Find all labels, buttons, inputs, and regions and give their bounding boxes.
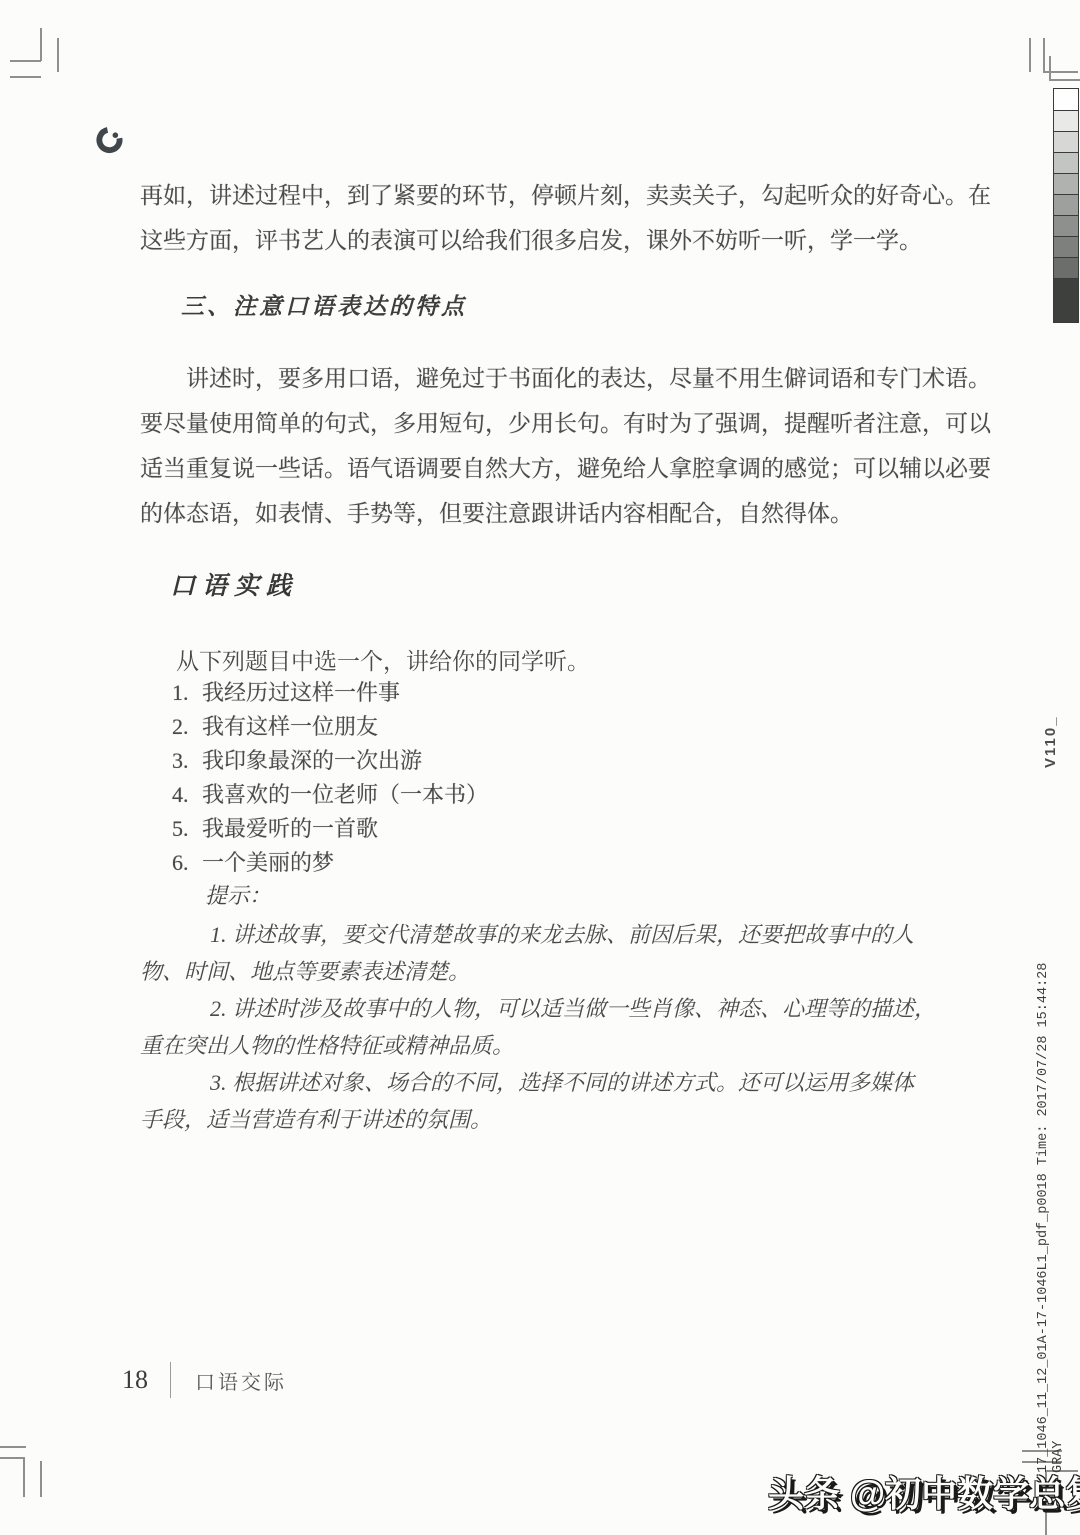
topic-item: 5.我最爱听的一首歌 <box>172 812 488 846</box>
crop-mark <box>1029 38 1031 72</box>
gray-step <box>1054 236 1078 257</box>
topic-text: 我最爱听的一首歌 <box>202 816 378 841</box>
print-slug-line: 17_1046_11_12_01A-17-1046L1_pdf_p0018 Ti… <box>1036 963 1051 1473</box>
gray-step <box>1054 278 1078 322</box>
topic-text: 我喜欢的一位老师（一本书） <box>202 782 488 807</box>
crop-mark <box>23 1457 25 1497</box>
watermark: 头条 @初中数学总复习 <box>768 1466 1080 1517</box>
grayscale-strip <box>1053 88 1079 323</box>
intro-paragraph: 再如，讲述过程中，到了紧要的环节，停顿片刻，卖卖关子，勾起听众的好奇心。在 这些… <box>140 173 930 263</box>
gray-step <box>1054 194 1078 215</box>
section-paragraph: 讲述时，要多用口语，避免过于书面化的表达，尽量不用生僻词语和专门术语。 要尽量使… <box>140 356 930 536</box>
gray-step <box>1054 152 1078 173</box>
paragraph-line: 再如，讲述过程中，到了紧要的环节，停顿片刻，卖卖关子，勾起听众的好奇心。在 <box>140 173 930 218</box>
topic-item: 4.我喜欢的一位老师（一本书） <box>172 778 488 812</box>
crop-mark <box>40 28 42 61</box>
crop-mark <box>40 1461 42 1497</box>
footer-section-title: 口语交际 <box>195 1366 287 1395</box>
topic-number: 4. <box>172 778 194 812</box>
crop-mark <box>1049 79 1080 81</box>
hint-label: 提示： <box>205 879 271 910</box>
gray-step <box>1054 173 1078 194</box>
topic-number: 6. <box>172 846 194 880</box>
paragraph-line: 适当重复说一些话。语气语调要自然大方，避免给人拿腔拿调的感觉；可以辅以必要 <box>140 446 930 491</box>
hint-line: 2. 讲述时涉及故事中的人物，可以适当做一些肖像、神态、心理等的描述， <box>140 990 930 1027</box>
hint-line: 3. 根据讲述对象、场合的不同，选择不同的讲述方式。还可以运用多媒体 <box>140 1064 930 1101</box>
hint-line: 手段，适当营造有利于讲述的氛围。 <box>140 1101 930 1138</box>
crop-mark <box>57 38 59 72</box>
topic-text: 我经历过这样一件事 <box>202 680 400 705</box>
practice-heading: 口语实践 <box>170 566 298 602</box>
topic-item: 1.我经历过这样一件事 <box>172 676 488 710</box>
paragraph-line: 的体态语，如表情、手势等，但要注意跟讲话内容相配合，自然得体。 <box>140 491 930 536</box>
page-footer: 18 口语交际 <box>122 1360 287 1400</box>
topic-item: 3.我印象最深的一次出游 <box>172 744 488 778</box>
topic-item: 2.我有这样一位朋友 <box>172 710 488 744</box>
paragraph-line: 要尽量使用简单的句式，多用短句，少用长句。有时为了强调，提醒听者注意，可以 <box>140 401 930 446</box>
paragraph-line: 讲述时，要多用口语，避免过于书面化的表达，尽量不用生僻词语和专门术语。 <box>140 356 930 401</box>
crop-mark <box>1043 38 1045 72</box>
gray-label: GRAY <box>1051 963 1066 1473</box>
crop-mark <box>10 60 41 62</box>
practice-intro: 从下列题目中选一个，讲给你的同学听。 <box>176 643 590 676</box>
topic-number: 5. <box>172 812 194 846</box>
crop-mark <box>0 1446 26 1448</box>
scanned-textbook-page: 再如，讲述过程中，到了紧要的环节，停顿片刻，卖卖关子，勾起听众的好奇心。在 这些… <box>0 0 1080 1535</box>
hints: 1. 讲述故事，要交代清楚故事的来龙去脉、前因后果，还要把故事中的人 物、时间、… <box>140 916 930 1138</box>
topic-number: 1. <box>172 676 194 710</box>
topic-text: 我有这样一位朋友 <box>202 714 378 739</box>
topic-item: 6.一个美丽的梦 <box>172 846 488 880</box>
footer-divider <box>170 1362 171 1398</box>
topic-list: 1.我经历过这样一件事 2.我有这样一位朋友 3.我印象最深的一次出游 4.我喜… <box>172 676 488 880</box>
hint-line: 物、时间、地点等要素表述清楚。 <box>140 953 930 990</box>
section-heading: 三、注意口语表达的特点 <box>181 288 467 321</box>
gray-step <box>1054 110 1078 131</box>
topic-number: 2. <box>172 710 194 744</box>
topic-text: 我印象最深的一次出游 <box>202 748 422 773</box>
print-slug: 17_1046_11_12_01A-17-1046L1_pdf_p0018 Ti… <box>1036 963 1066 1473</box>
topic-text: 一个美丽的梦 <box>202 850 334 875</box>
crop-mark <box>10 76 41 78</box>
hint-line: 重在突出人物的性格特征或精神品质。 <box>140 1027 930 1064</box>
hint-line: 1. 讲述故事，要交代清楚故事的来龙去脉、前因后果，还要把故事中的人 <box>140 916 930 953</box>
page-number: 18 <box>122 1365 148 1395</box>
paragraph-line: 这些方面，评书艺人的表演可以给我们很多启发，课外不妨听一听，学一学。 <box>140 218 930 263</box>
topic-number: 3. <box>172 744 194 778</box>
crop-mark <box>0 1457 24 1459</box>
gray-step <box>1054 131 1078 152</box>
publisher-logo-icon <box>94 124 126 156</box>
gray-step <box>1054 257 1078 278</box>
gray-step <box>1054 215 1078 236</box>
version-code: V110_ <box>1042 715 1059 768</box>
crop-mark <box>1049 56 1051 79</box>
gray-step <box>1054 89 1078 110</box>
